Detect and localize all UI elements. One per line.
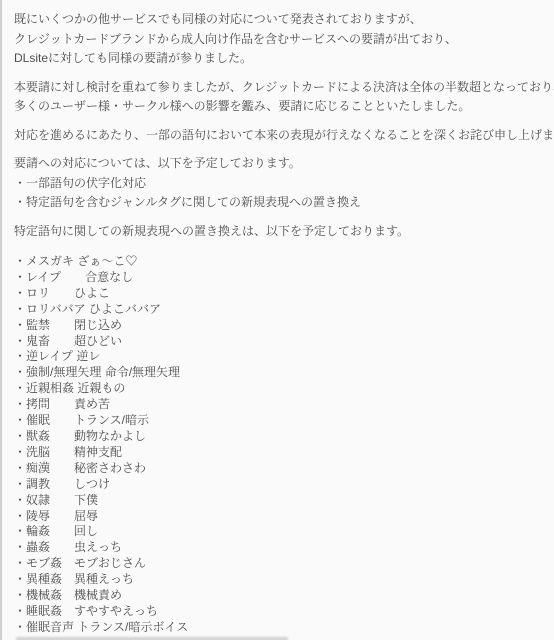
separator <box>50 493 74 507</box>
replacement-term: 精神支配 <box>74 445 122 459</box>
replacement-term: 合意なし <box>85 270 133 284</box>
bullet: ・ <box>14 572 26 586</box>
replacement-term: 動物なかよし <box>74 429 146 443</box>
list-item: ・催眠 トランス/暗示 <box>14 413 554 429</box>
original-term: 睡眠姦 <box>26 604 62 618</box>
original-term: 獣姦 <box>26 429 50 443</box>
original-term: 調教 <box>26 477 50 491</box>
paragraph-planned-measures: 要請への対応については、以下を予定しております。 ・一部語句の伏字化対応 ・特定… <box>14 154 554 213</box>
bullet: ・ <box>14 270 26 284</box>
original-term: 蟲姦 <box>26 540 50 554</box>
original-term: 異種姦 <box>26 572 62 586</box>
original-term: 催眠音声 <box>26 620 74 634</box>
bullet: ・ <box>14 413 26 427</box>
separator <box>50 445 74 459</box>
bullet: ・ <box>14 524 26 538</box>
original-term: 陵辱 <box>26 509 50 523</box>
original-term: 強制/無理矢理 <box>26 365 101 379</box>
bullet: ・ <box>14 461 26 475</box>
replacement-term: トランス/暗示 <box>74 413 149 427</box>
list-item: ・輪姦 回し <box>14 524 554 540</box>
bullet: ・ <box>14 588 26 602</box>
list-item: ・調教 しつけ <box>14 477 554 493</box>
replacement-term: ひよこババア <box>89 302 161 316</box>
page-left-edge <box>0 0 2 640</box>
list-item: ・陵辱 屈辱 <box>14 509 554 525</box>
bullet: ・ <box>14 556 26 570</box>
bullet: ・ <box>14 540 26 554</box>
list-item: ・監禁 閉じ込め <box>14 318 554 334</box>
list-item: ・蟲姦 虫えっち <box>14 540 554 556</box>
bullet: ・ <box>14 477 26 491</box>
list-item: ・奴隷 下僕 <box>14 493 554 509</box>
separator <box>50 477 74 491</box>
bullet: ・ <box>14 334 26 348</box>
replacement-term: トランス/暗示ボイス <box>77 620 188 634</box>
original-term: 催眠 <box>26 413 50 427</box>
bullet: ・ <box>14 509 26 523</box>
replacement-term: 秘密さわさわ <box>74 461 146 475</box>
text-line: 多くのユーザー様・サークル様への影響を鑑み、要請に応じることといたしました。 <box>14 97 554 117</box>
replacement-term: 下僕 <box>74 493 98 507</box>
bullet: ・ <box>14 620 26 634</box>
separator <box>50 286 74 300</box>
list-item: ・機械姦 機械責め <box>14 588 554 604</box>
list-item: ・強制/無理矢理 命令/無理矢理 <box>14 365 554 381</box>
original-term: レイプ <box>26 270 61 284</box>
original-term: モブ姦 <box>26 556 62 570</box>
replacement-term: 超ひどい <box>74 334 122 348</box>
separator <box>62 556 74 570</box>
separator <box>62 604 74 618</box>
text-line: ・一部語句の伏字化対応 <box>14 174 554 194</box>
replacement-term: すやすやえっち <box>74 604 158 618</box>
separator <box>50 429 74 443</box>
list-item: ・メスガキ ざぁ〜こ♡ <box>14 254 554 270</box>
bullet: ・ <box>14 254 26 268</box>
original-term: 拷問 <box>26 397 50 411</box>
separator <box>50 318 74 332</box>
list-item: ・鬼畜 超ひどい <box>14 334 554 350</box>
text-line: DLsiteに対しても同様の要請が参りました。 <box>14 49 554 69</box>
text-line: 要請への対応については、以下を予定しております。 <box>14 154 554 174</box>
list-item: ・逆レイプ 逆レ <box>14 349 554 365</box>
text-line: 本要請に対し検討を重ねて参りましたが、クレジットカードによる決済は全体の半数超と… <box>14 78 554 98</box>
paragraph-decision: 本要請に対し検討を重ねて参りましたが、クレジットカードによる決済は全体の半数超と… <box>14 78 554 117</box>
separator <box>50 524 74 538</box>
list-item: ・ロリ ひよこ <box>14 286 554 302</box>
bullet: ・ <box>14 365 26 379</box>
replacement-term: 逆レ <box>76 349 100 363</box>
original-term: ロリババア <box>26 302 86 316</box>
text-line: 特定語句に関しての新規表現への置き換えは、以下を予定しております。 <box>14 222 554 242</box>
text-line: クレジットカードブランドから成人向け作品を含むサービスへの要請が出ており、 <box>14 30 554 50</box>
bullet: ・ <box>14 445 26 459</box>
list-item: ・近親相姦 近親もの <box>14 381 554 397</box>
replacement-term: 責め苦 <box>74 397 110 411</box>
bullet: ・ <box>14 604 26 618</box>
list-item: ・催眠音声 トランス/暗示ボイス <box>14 620 554 636</box>
paragraph-list-intro: 特定語句に関しての新規表現への置き換えは、以下を予定しております。 <box>14 222 554 242</box>
text-line: 既にいくつかの他サービスでも同様の対応について発表されておりますが、 <box>14 10 554 30</box>
bullet: ・ <box>14 302 26 316</box>
bullet: ・ <box>14 429 26 443</box>
paragraph-apology: 対応を進めるにあたり、一部の語句において本来の表現が行えなくなることを深くお詫び… <box>14 126 554 146</box>
list-item: ・ロリババア ひよこババア <box>14 302 554 318</box>
bullet: ・ <box>14 397 26 411</box>
original-term: 鬼畜 <box>26 334 50 348</box>
separator <box>61 270 85 284</box>
bullet: ・ <box>14 349 26 363</box>
separator <box>62 572 74 586</box>
separator <box>50 540 74 554</box>
separator <box>50 509 74 523</box>
list-item: ・獣姦 動物なかよし <box>14 429 554 445</box>
replacement-term: 異種えっち <box>74 572 134 586</box>
list-item: ・洗脳 精神支配 <box>14 445 554 461</box>
bullet: ・ <box>14 381 26 395</box>
replacement-term: ざぁ〜こ♡ <box>77 254 137 268</box>
replacement-term: モブおじさん <box>74 556 146 570</box>
list-item: ・異種姦 異種えっち <box>14 572 554 588</box>
separator <box>50 397 74 411</box>
replacement-term: 命令/無理矢理 <box>105 365 180 379</box>
original-term: 機械姦 <box>26 588 62 602</box>
term-replacement-list: ・メスガキ ざぁ〜こ♡・レイプ 合意なし・ロリ ひよこ・ロリババア ひよこババア… <box>14 254 554 636</box>
original-term: 近親相姦 <box>26 381 74 395</box>
original-term: ロリ <box>26 286 50 300</box>
text-line: 対応を進めるにあたり、一部の語句において本来の表現が行えなくなることを深くお詫び… <box>14 126 554 146</box>
separator <box>50 413 74 427</box>
replacement-term: 閉じ込め <box>74 318 122 332</box>
replacement-term: 回し <box>74 524 98 538</box>
replacement-term: ひよこ <box>74 286 110 300</box>
replacement-term: 屈辱 <box>74 509 98 523</box>
original-term: 監禁 <box>26 318 50 332</box>
announcement-body: 既にいくつかの他サービスでも同様の対応について発表されておりますが、 クレジット… <box>0 0 554 636</box>
list-item: ・モブ姦 モブおじさん <box>14 556 554 572</box>
replacement-term: しつけ <box>74 477 110 491</box>
replacement-term: 機械責め <box>74 588 122 602</box>
list-item: ・レイプ 合意なし <box>14 270 554 286</box>
original-term: 奴隷 <box>26 493 50 507</box>
text-line: ・特定語句を含むジャンルタグに関しての新規表現への置き換え <box>14 193 554 213</box>
replacement-term: 近親もの <box>77 381 125 395</box>
list-item: ・拷問 責め苦 <box>14 397 554 413</box>
original-term: 輪姦 <box>26 524 50 538</box>
separator <box>50 461 74 475</box>
paragraph-intro: 既にいくつかの他サービスでも同様の対応について発表されておりますが、 クレジット… <box>14 10 554 69</box>
list-item: ・睡眠姦 すやすやえっち <box>14 604 554 620</box>
original-term: 逆レイプ <box>26 349 73 363</box>
separator <box>50 334 74 348</box>
bullet: ・ <box>14 493 26 507</box>
bullet: ・ <box>14 318 26 332</box>
original-term: 洗脳 <box>26 445 50 459</box>
bullet: ・ <box>14 286 26 300</box>
list-item: ・痴漢 秘密さわさわ <box>14 461 554 477</box>
separator <box>62 588 74 602</box>
original-term: 痴漢 <box>26 461 50 475</box>
replacement-term: 虫えっち <box>74 540 122 554</box>
original-term: メスガキ <box>26 254 74 268</box>
